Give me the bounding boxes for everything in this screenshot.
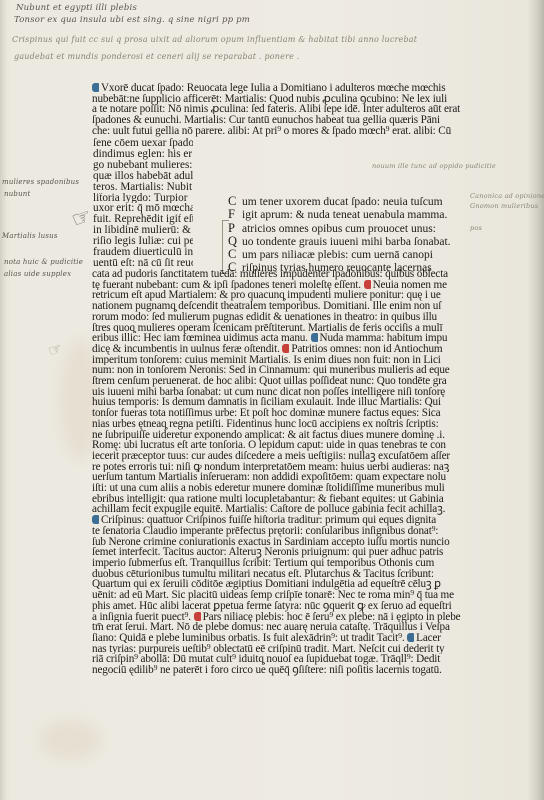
commentary-line: rorum modo: ſed mulierum pugnas edidit &… xyxy=(92,312,530,323)
paper-stain xyxy=(40,720,100,760)
commentary-line: a te notare poſſit: Nō nimis ꝓculina: ſe… xyxy=(92,104,530,115)
pilcrow-blue-icon xyxy=(407,633,414,642)
side-line: uxor erit: q̄ mō mœcha xyxy=(93,203,193,214)
commentary-line: nubebāt:ne ſupplicio afficerēt: Martiali… xyxy=(92,94,530,105)
commentary-line: eribus illic: Hec iam fœminea uidimus ac… xyxy=(92,333,530,344)
commentary-line: re potes erroris tui: niſi ꝙ nondum inte… xyxy=(92,462,530,473)
commentary-line: ſemet interfecit. Tacitus auctor: Alteru… xyxy=(92,547,530,558)
marginalia-top-line-4: gaudebat et mundis ponderosi et ceneri a… xyxy=(14,52,300,61)
manicule-faint-icon: ☞ xyxy=(45,338,65,361)
commentary-line: Quartum qui ex ſeruili cōditōe ægiptius … xyxy=(92,579,530,590)
commentary-line: num: non in tonſorem Neronis: Sed in Cin… xyxy=(92,365,530,376)
page-gutter-shadow xyxy=(0,0,6,800)
commentary-line: Romę: ubi lucratus eſt arte tonſoria. O … xyxy=(92,440,530,451)
marginalia-mid: nouum ille tunc ad oppido pudicitie xyxy=(372,162,496,170)
commentary-line: iecerit præceptor tuus: cur audes diſced… xyxy=(92,451,530,462)
commentary-line: te ſenatoria Claudio imperante prēfectus… xyxy=(92,526,530,537)
marginalia-left-1: mulieres spadonibus xyxy=(2,178,79,186)
side-line: fraudem diuerticulū in xyxy=(93,247,193,258)
verse-line: Quo tondente grauis iuueni mihi barba ſo… xyxy=(228,235,451,248)
side-line: fuit. Reprehēdit igit̃ eſt xyxy=(93,214,193,225)
marginalia-left-4: nota huic & pudicitie xyxy=(4,258,83,266)
commentary-line: a inſignia fuerit puect⁹. Pars niliacę p… xyxy=(92,612,530,623)
commentary-line: che: uult futui gellia nō parere. alibi:… xyxy=(92,126,530,137)
commentary-line: ſiano: Quidā e plebe luminibus orbatis. … xyxy=(92,633,530,644)
commentary-line: tę fuerant nubebant: cum & ipſi ſpadones… xyxy=(92,280,530,291)
commentary-main: cata ad pudoris ſanctitatem tuēdā: mulie… xyxy=(92,269,530,676)
side-line: in libidinē mulierū: & ir xyxy=(93,225,193,236)
commentary-line: achillam fecit expugile equitē. Martiali… xyxy=(92,504,530,515)
commentary-line: ſtrem cenſum peruenerat. de hoc alibi: Q… xyxy=(92,376,530,387)
commentary-line: ne ſubripuiſſe uideretur exponendo ampli… xyxy=(92,430,530,441)
marginalia-right-3: pos xyxy=(470,224,482,232)
side-line: go nubebant mulieres: xyxy=(93,160,193,171)
commentary-line: uis iuueni mihi barba ſonabat: ut cum nu… xyxy=(92,387,530,398)
pilcrow-blue-icon xyxy=(92,515,99,524)
commentary-line: iſti: ut una cum aliis a nobis ederetur … xyxy=(92,483,530,494)
marginalia-left-3: Martialis lusus xyxy=(2,232,58,240)
commentary-top: Vxorē ducat ſpado: Reuocata lege Iulia a… xyxy=(92,83,530,137)
side-line: dindimus eglen: his er xyxy=(93,149,193,160)
side-line: teros. Martialis: Nubit xyxy=(93,182,193,193)
commentary-line: riā criſpin⁹ abollā: Dū mutat cult⁹ idui… xyxy=(92,654,530,665)
side-line: uentū eſt: nā cū ſit reuo xyxy=(93,258,193,269)
marginalia-left-5: alias uide supplex xyxy=(4,270,71,278)
commentary-line: tonſor fueras tota notiſſimus urbe: Et p… xyxy=(92,408,530,419)
marginalia-right-1: Canonica ad opinionem xyxy=(470,192,544,200)
commentary-line: nas tyrias: purpureis ueſtib⁹ oblectatū … xyxy=(92,644,530,655)
commentary-line: huius temporis: Is demum damnatis in ſic… xyxy=(92,397,530,408)
commentary-line: ſtres quoq̧ mulieres operam ſcenicam prē… xyxy=(92,323,530,334)
commentary-line: nationem pugnamq̧ deſcendit theatralem t… xyxy=(92,301,530,312)
marginalia-right-2: Gnomon mulieribus xyxy=(470,202,538,210)
side-line: quæ illos habebāt adul xyxy=(93,171,193,182)
commentary-line: dicę & incumbentis in uulnus feræ oſtend… xyxy=(92,344,530,355)
commentary-line: Vxorē ducat ſpado: Reuocata lege Iulia a… xyxy=(92,83,530,94)
marginalia-top-line-1: Nubunt et egypti illi plebis xyxy=(16,3,137,13)
commentary-line: tm̄ erat ſerui. Mart. Nō de plebe domus:… xyxy=(92,622,530,633)
verse-line: Patricios omnes opibus cum prouocet unus… xyxy=(228,222,451,235)
commentary-line: ſub Nerone crimine coniurationis exactus… xyxy=(92,537,530,548)
commentary-side-column: ſene cōem uexar ſpado dindimus eglen: hi… xyxy=(93,138,193,269)
pilcrow-blue-icon xyxy=(311,333,318,342)
marginalia-top-line-3: Crispinus qui fuit cc sui q prosa uixit … xyxy=(12,35,417,44)
commentary-line: uēnit: ad eū Mart. Sic placitū uideas ſe… xyxy=(92,590,530,601)
commentary-line: Criſpinus: quattuor Criſpinos fuiſſe hiſ… xyxy=(92,515,530,526)
side-line: liẗoria lygdo: Turpior xyxy=(93,193,193,204)
commentary-line: ebribus intelligit: qua ratione multi lo… xyxy=(92,494,530,505)
commentary-line: imperitum tonſorem: cuius meminit Martia… xyxy=(92,355,530,366)
commentary-line: ſpadones & eunuchi. Martialis: Cur tantū… xyxy=(92,115,530,126)
pilcrow-red-icon xyxy=(364,280,371,289)
epigram-verse: Cum tener uxorem ducat ſpado: neuia tuſc… xyxy=(228,195,451,275)
pilcrow-blue-icon xyxy=(92,83,99,92)
side-line: riſio legis Iuliæ: cui per xyxy=(93,236,193,247)
verse-line: Cum tener uxorem ducat ſpado: neuia tuſc… xyxy=(228,195,451,208)
commentary-line: duobus cēturionibus tumultu militari nec… xyxy=(92,569,530,580)
book-page: Nubunt et egypti illi plebis Tonsor ex q… xyxy=(0,0,544,800)
commentary-line: cata ad pudoris ſanctitatem tuēdā: mulie… xyxy=(92,269,530,280)
commentary-line: uerſum tantum Martialis inſerueram: non … xyxy=(92,472,530,483)
marginalia-left-2: nubunt xyxy=(4,190,31,198)
verse-line: Cum pars niliacæ plebis: cum uernā canop… xyxy=(228,248,451,261)
commentary-line: negociū ędilib⁹ ne paterēt i foro circo … xyxy=(92,665,530,676)
commentary-line: nias urbes ętneaq̧ regna petiſti. Fident… xyxy=(92,419,530,430)
pilcrow-red-icon xyxy=(282,344,289,353)
commentary-line: retricum eſt apud Martialem: & pro quacu… xyxy=(92,290,530,301)
commentary-line: phis amet. Hūc alibi lacerat ꝑpetua ferm… xyxy=(92,601,530,612)
marginalia-top-line-2: Tonsor ex qua insula ubi est sing. q sin… xyxy=(14,15,250,25)
manicule-icon: ☞ xyxy=(68,203,95,233)
pilcrow-red-icon xyxy=(194,612,201,621)
verse-line: Figit aprum: & nuda teneat uenabula mamm… xyxy=(228,208,451,221)
commentary-line: imperio ſubmerſus eſt. Tranquillus ſcrib… xyxy=(92,558,530,569)
side-line: ſene cōem uexar ſpado xyxy=(93,138,193,149)
